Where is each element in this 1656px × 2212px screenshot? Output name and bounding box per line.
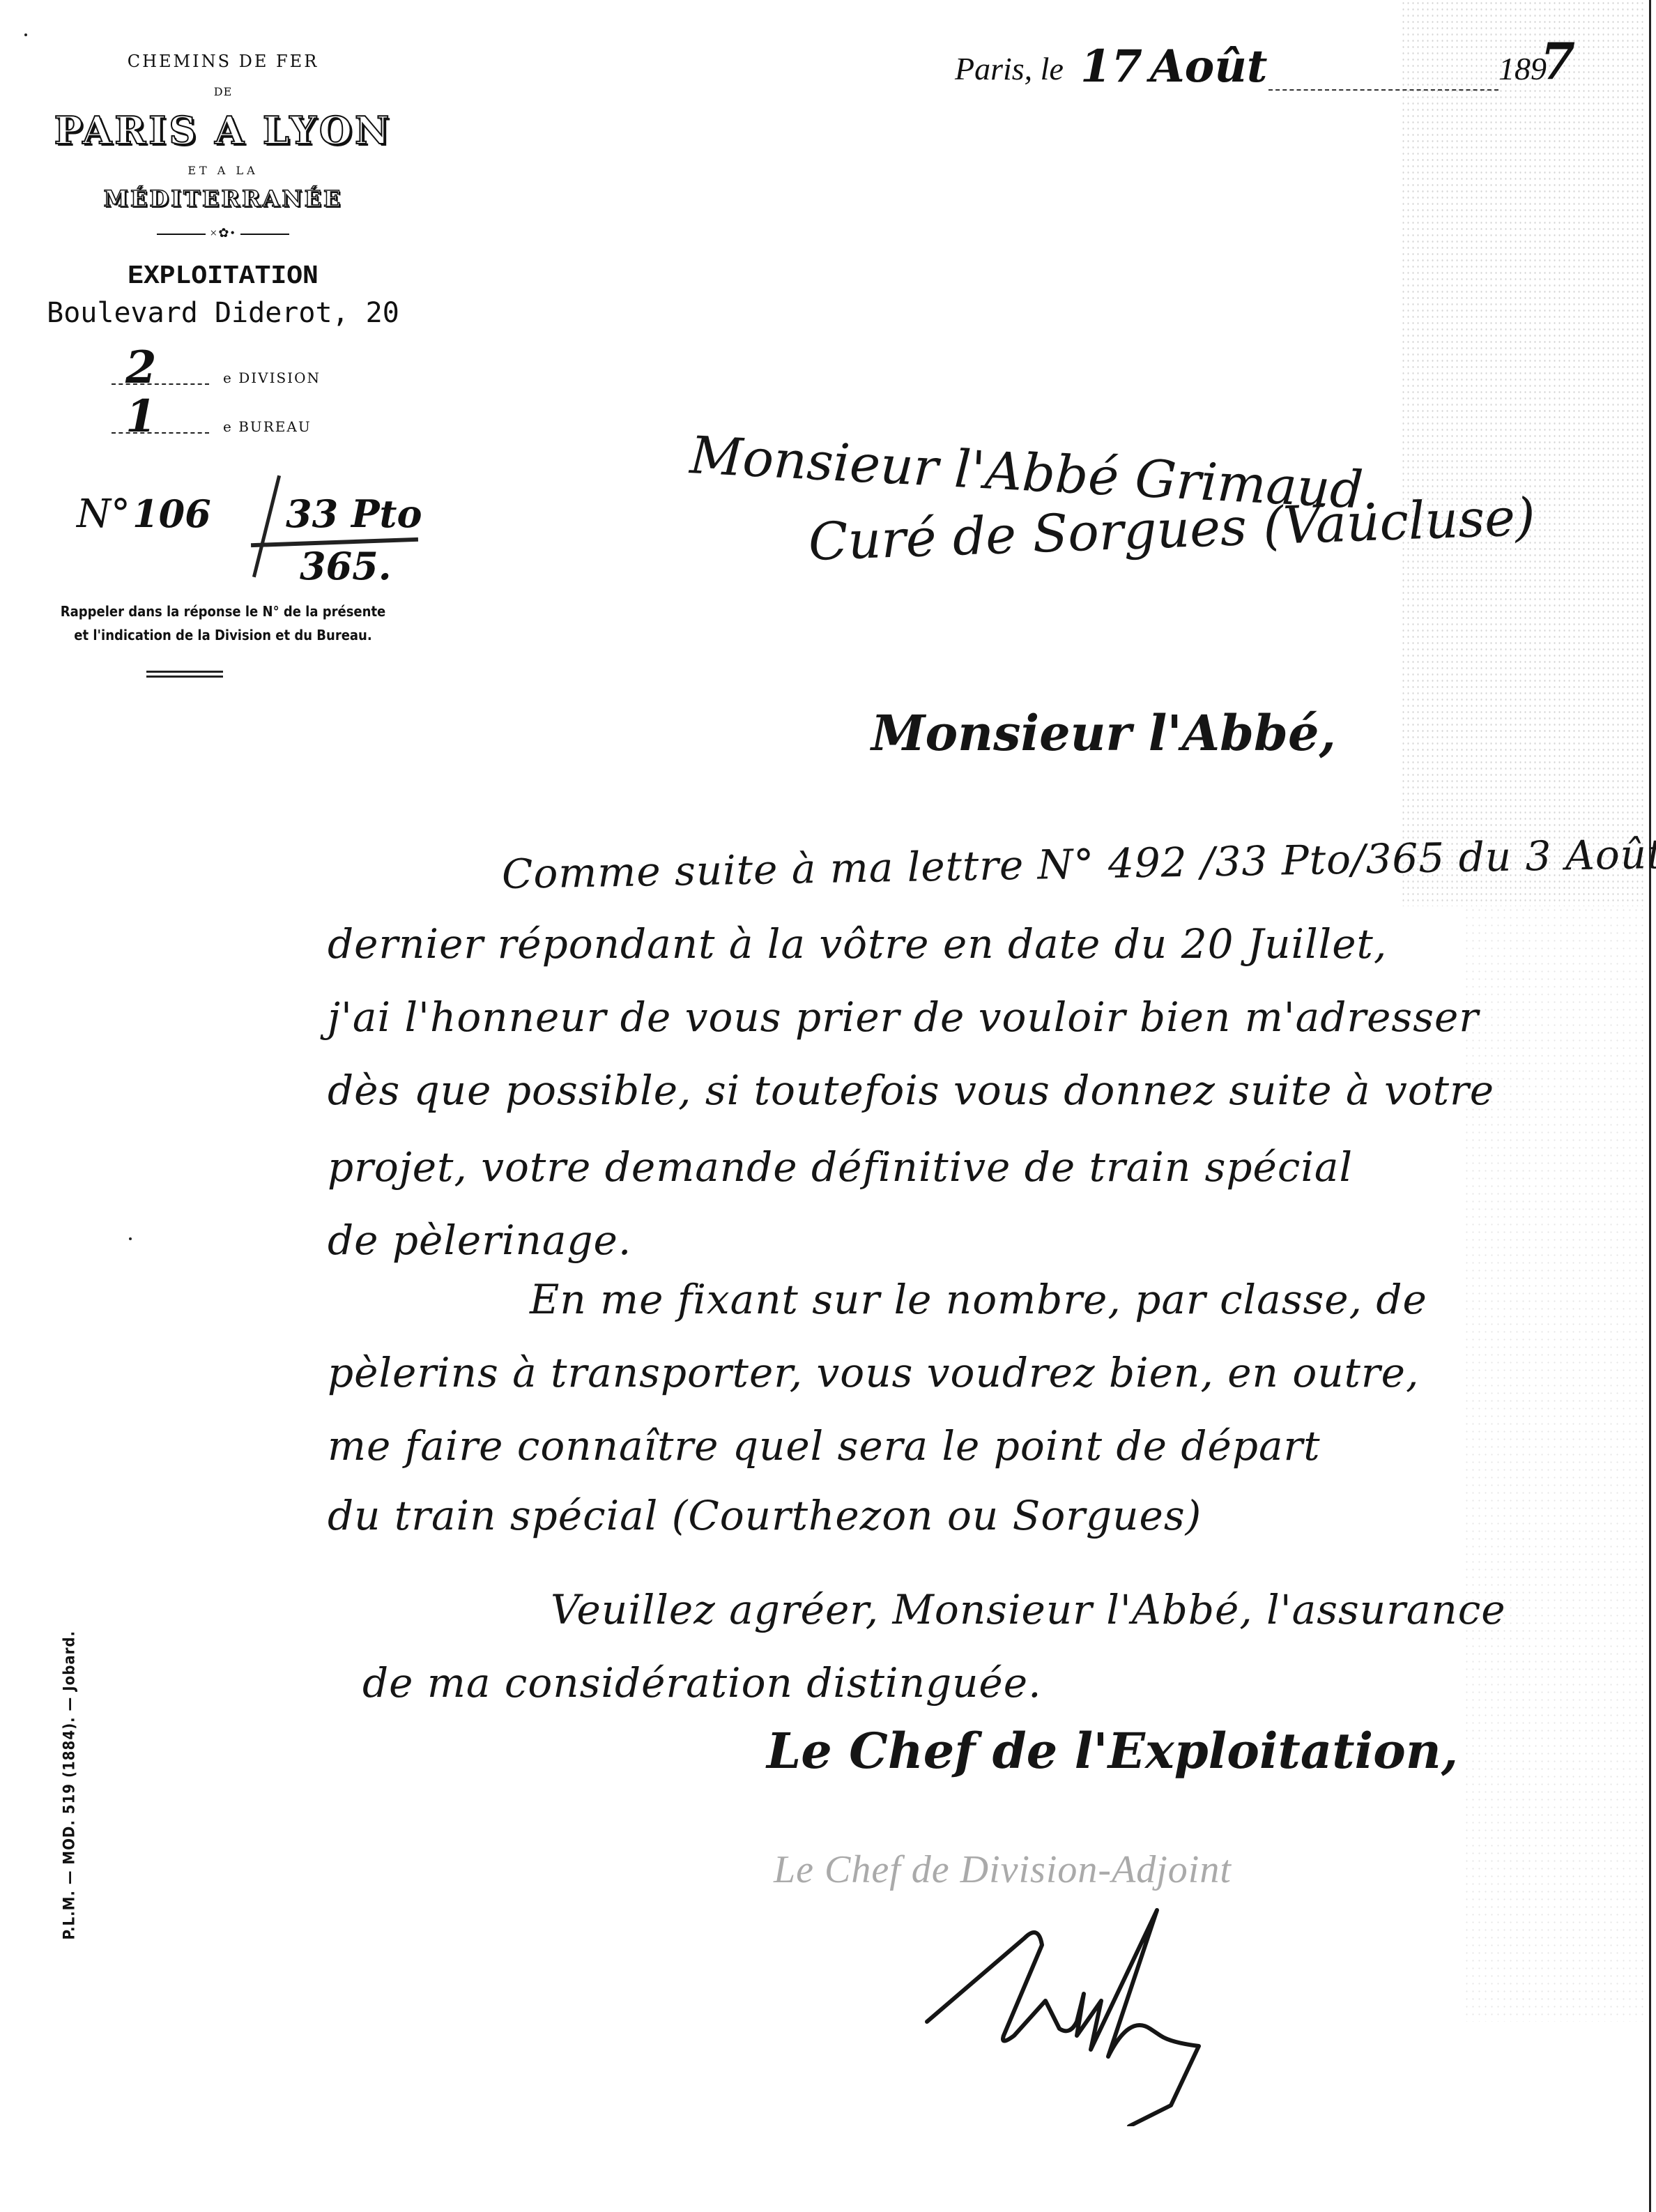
reference-numerator: 33 Pto [286,491,422,536]
body-line: dernier répondant à la vôtre en date du … [328,920,1387,968]
body-line: dès que possible, si toutefois vous donn… [328,1067,1494,1114]
closing-title: Le Chef de l'Exploitation, [767,1722,1458,1780]
double-rule-divider [146,671,223,678]
body-line: j'ai l'honneur de vous prier de vouloir … [328,993,1479,1041]
bureau-number: 1 [125,390,157,443]
date-line: Paris, le 17 Août 189 7 [955,35,1568,112]
reference-denominator: 365. [300,544,392,588]
date-year-printed: 189 [1498,50,1547,87]
letterhead-line1: CHEMINS DE FER [28,52,418,71]
reference-prefix: N° [77,491,130,537]
body-line: du train spécial (Courthezon ou Sorgues) [328,1492,1202,1539]
division-number: 2 [125,342,157,394]
letterhead-line4: MÉDITERRANÉE [28,185,418,212]
bureau-row: 1 e BUREAU [112,411,390,453]
printer-mark: P.L.M. — MOD. 519 (1884). — Jobard. [49,1562,91,1952]
letterhead: CHEMINS DE FER DE PARIS A LYON ET A LA M… [28,42,418,329]
company-name: PARIS A LYON [28,108,418,153]
ornament-divider: ×✿• [28,226,418,241]
bureau-label: e BUREAU [223,418,312,435]
company-address: Boulevard Diderot, 20 [28,297,418,329]
scan-noise [1401,0,1645,906]
date-month: Août [1150,40,1267,93]
division-stamp: Le Chef de Division-Adjoint [774,1847,1232,1892]
body-line: pèlerins à transporter, vous voudrez bie… [328,1349,1419,1396]
body-line: me faire connaître quel sera le point de… [328,1422,1321,1470]
date-day: 17 [1080,40,1142,93]
salutation: Monsieur l'Abbé, [871,704,1336,762]
division-label: e DIVISION [223,369,321,386]
body-line: projet, votre demande définitive de trai… [328,1143,1353,1191]
division-bureau-block: 2 e DIVISION 1 e BUREAU [112,363,390,453]
ornament-icon: ×✿• [210,226,236,240]
date-year-handwritten: 7 [1540,31,1575,91]
body-line: Veuillez agréer, Monsieur l'Abbé, l'assu… [551,1586,1506,1633]
body-line: En me fixant sur le nombre, par classe, … [530,1276,1427,1323]
body-line: de ma considération distinguée. [362,1659,1042,1707]
signature-icon [920,1896,1352,2126]
department-title: EXPLOITATION [28,261,418,291]
scan-edge-line [1649,0,1651,2212]
letter-page: CHEMINS DE FER DE PARIS A LYON ET A LA M… [0,0,1656,2212]
instruction-line: Rappeler dans la réponse le N° de la pré… [28,600,418,623]
instruction-line: et l'indication de la Division et du Bur… [28,623,418,647]
reference-value: 106 [132,491,211,536]
date-place: Paris, le [955,50,1064,87]
reference-number: N° 106 33 Pto 365. [77,474,425,593]
reply-instructions: Rappeler dans la réponse le N° de la pré… [28,600,418,647]
body-line: de pèlerinage. [328,1216,631,1264]
printer-mark-text: P.L.M. — MOD. 519 (1884). — Jobard. [61,1564,79,1940]
scan-dot [129,1237,132,1240]
letterhead-line2: DE [28,85,418,98]
scan-dot [24,33,27,36]
letterhead-line3: ET A LA [28,164,418,177]
